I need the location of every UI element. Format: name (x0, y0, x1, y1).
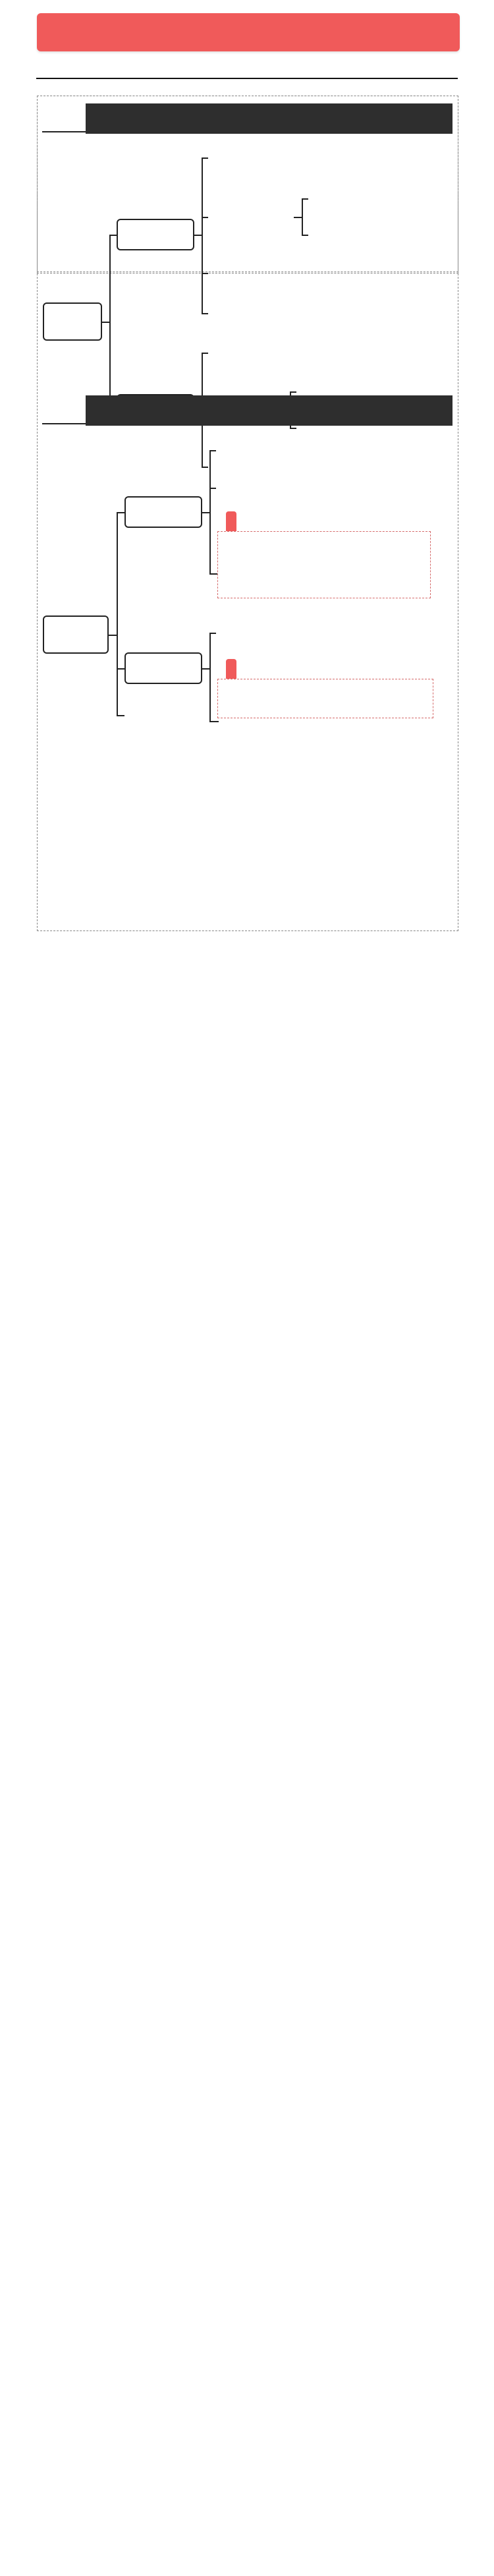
quote-box (217, 531, 431, 598)
node-set-goal (124, 496, 202, 528)
node-inner (117, 219, 194, 250)
section-title (86, 103, 453, 134)
node-2002 (43, 302, 102, 341)
tag-maturing (226, 659, 236, 679)
tag-ren-zhengfei (226, 511, 236, 531)
divider (36, 78, 458, 79)
node-global-layout (43, 615, 109, 654)
section-banner-2 (37, 13, 460, 51)
section-number (42, 395, 86, 424)
node-overseas-start (124, 652, 202, 684)
section-number (42, 103, 86, 132)
section-header-2 (42, 395, 453, 426)
quote-box (217, 679, 433, 718)
section-title (86, 395, 453, 426)
section-header-1 (42, 103, 453, 134)
